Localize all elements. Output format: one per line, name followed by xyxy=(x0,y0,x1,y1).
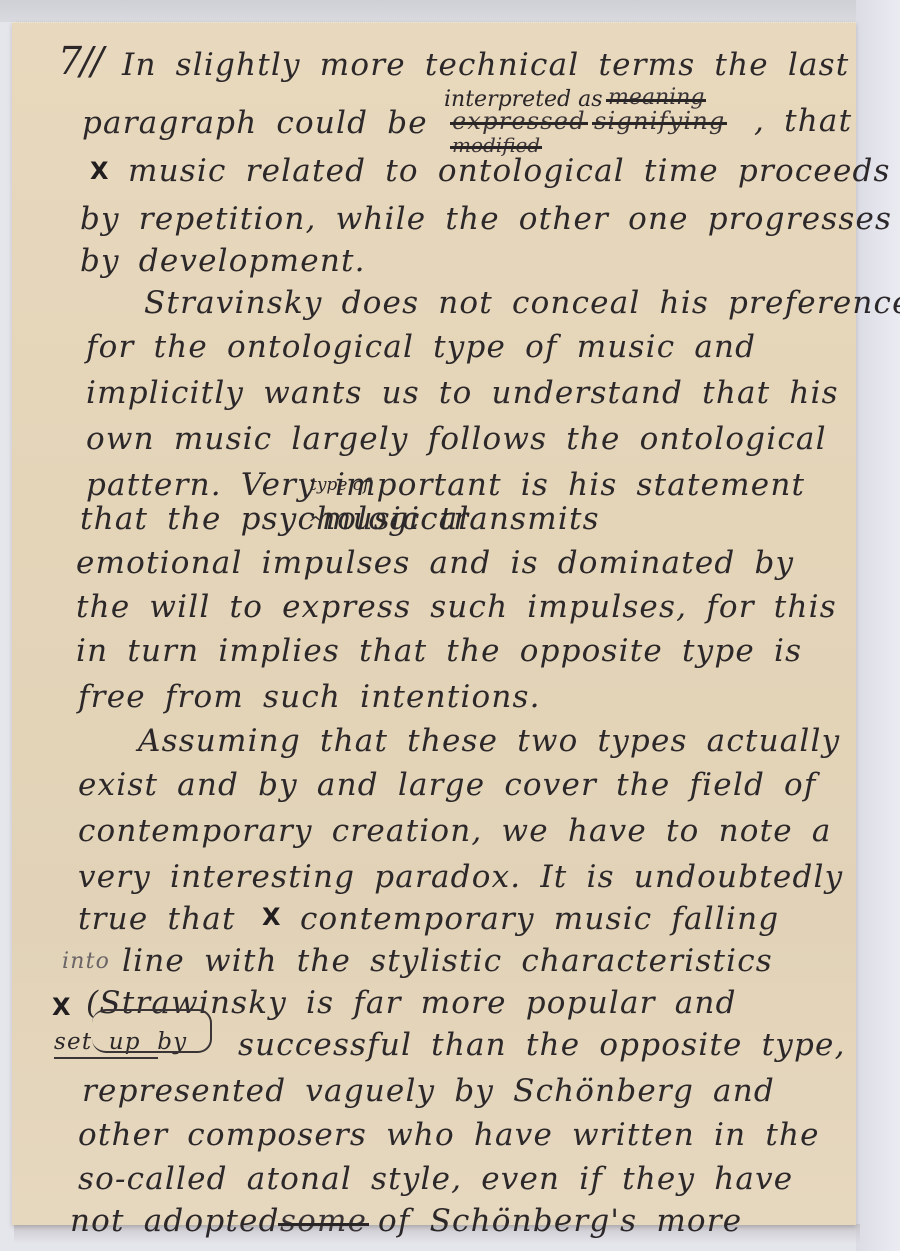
text-line-16: Assuming that these two types actually xyxy=(138,723,840,759)
caret-mark: ^ xyxy=(308,513,323,534)
text-line-19: very interesting paradox. It is undoubte… xyxy=(78,859,843,895)
text-line-7: for the ontological type of music and xyxy=(86,329,756,365)
text-line-18: contemporary creation, we have to note a xyxy=(78,813,832,849)
text-line-2-end: , that xyxy=(754,103,852,139)
text-line-4: by repetition, while the other one progr… xyxy=(80,201,892,237)
margin-note-loop xyxy=(92,1009,212,1053)
text-line-17: exist and by and large cover the field o… xyxy=(78,767,817,803)
text-line-27b: of Schönberg's more xyxy=(378,1203,742,1239)
background-top xyxy=(0,0,900,22)
text-line-27-struck: some xyxy=(280,1203,367,1239)
crossed-out-mark: X xyxy=(90,157,109,185)
text-line-21-into: into xyxy=(62,949,110,974)
text-line-27a: not adopted xyxy=(70,1203,280,1239)
struck-word-signifying: signifying xyxy=(594,107,725,135)
crossed-out-mark-2: X xyxy=(52,993,71,1021)
text-line-21: line with the stylistic characteristics xyxy=(122,943,773,979)
text-line-10: pattern. Very important is his statement xyxy=(86,467,805,503)
text-line-15: free from such intentions. xyxy=(78,679,541,715)
text-line-5: by development. xyxy=(80,243,366,279)
text-line-23: successful than the opposite type, xyxy=(238,1027,846,1063)
struck-word-expressed: expressed xyxy=(452,107,586,135)
manuscript-page: 7// In slightly more technical terms the… xyxy=(12,22,856,1225)
text-line-2: paragraph could be xyxy=(82,105,428,141)
insertion-type-of: type of xyxy=(310,475,369,495)
text-line-12: emotional impulses and is dominated by xyxy=(76,545,794,581)
text-line-8: implicitly wants us to understand that h… xyxy=(86,375,839,411)
text-line-25: other composers who have written in the xyxy=(78,1117,820,1153)
text-line-26: so-called atonal style, even if they hav… xyxy=(78,1161,793,1197)
text-line-20a: true that xyxy=(78,901,236,937)
text-line-14: in turn implies that the opposite type i… xyxy=(76,633,802,669)
text-line-6: Stravinsky does not conceal his preferen… xyxy=(144,285,900,321)
text-line-13: the will to express such impulses, for t… xyxy=(76,589,837,625)
text-line-20b: contemporary music falling xyxy=(300,901,779,937)
page-number: 7// xyxy=(58,39,102,83)
text-line-11b: music transmits xyxy=(322,501,600,537)
text-line-1: In slightly more technical terms the las… xyxy=(122,47,849,83)
text-line-3: music related to ontological time procee… xyxy=(128,153,891,189)
margin-note-underline xyxy=(54,1057,158,1059)
text-line-9: own music largely follows the ontologica… xyxy=(86,421,827,457)
crossed-out-the: X xyxy=(262,903,281,931)
text-line-24: represented vaguely by Schönberg and xyxy=(82,1073,775,1109)
